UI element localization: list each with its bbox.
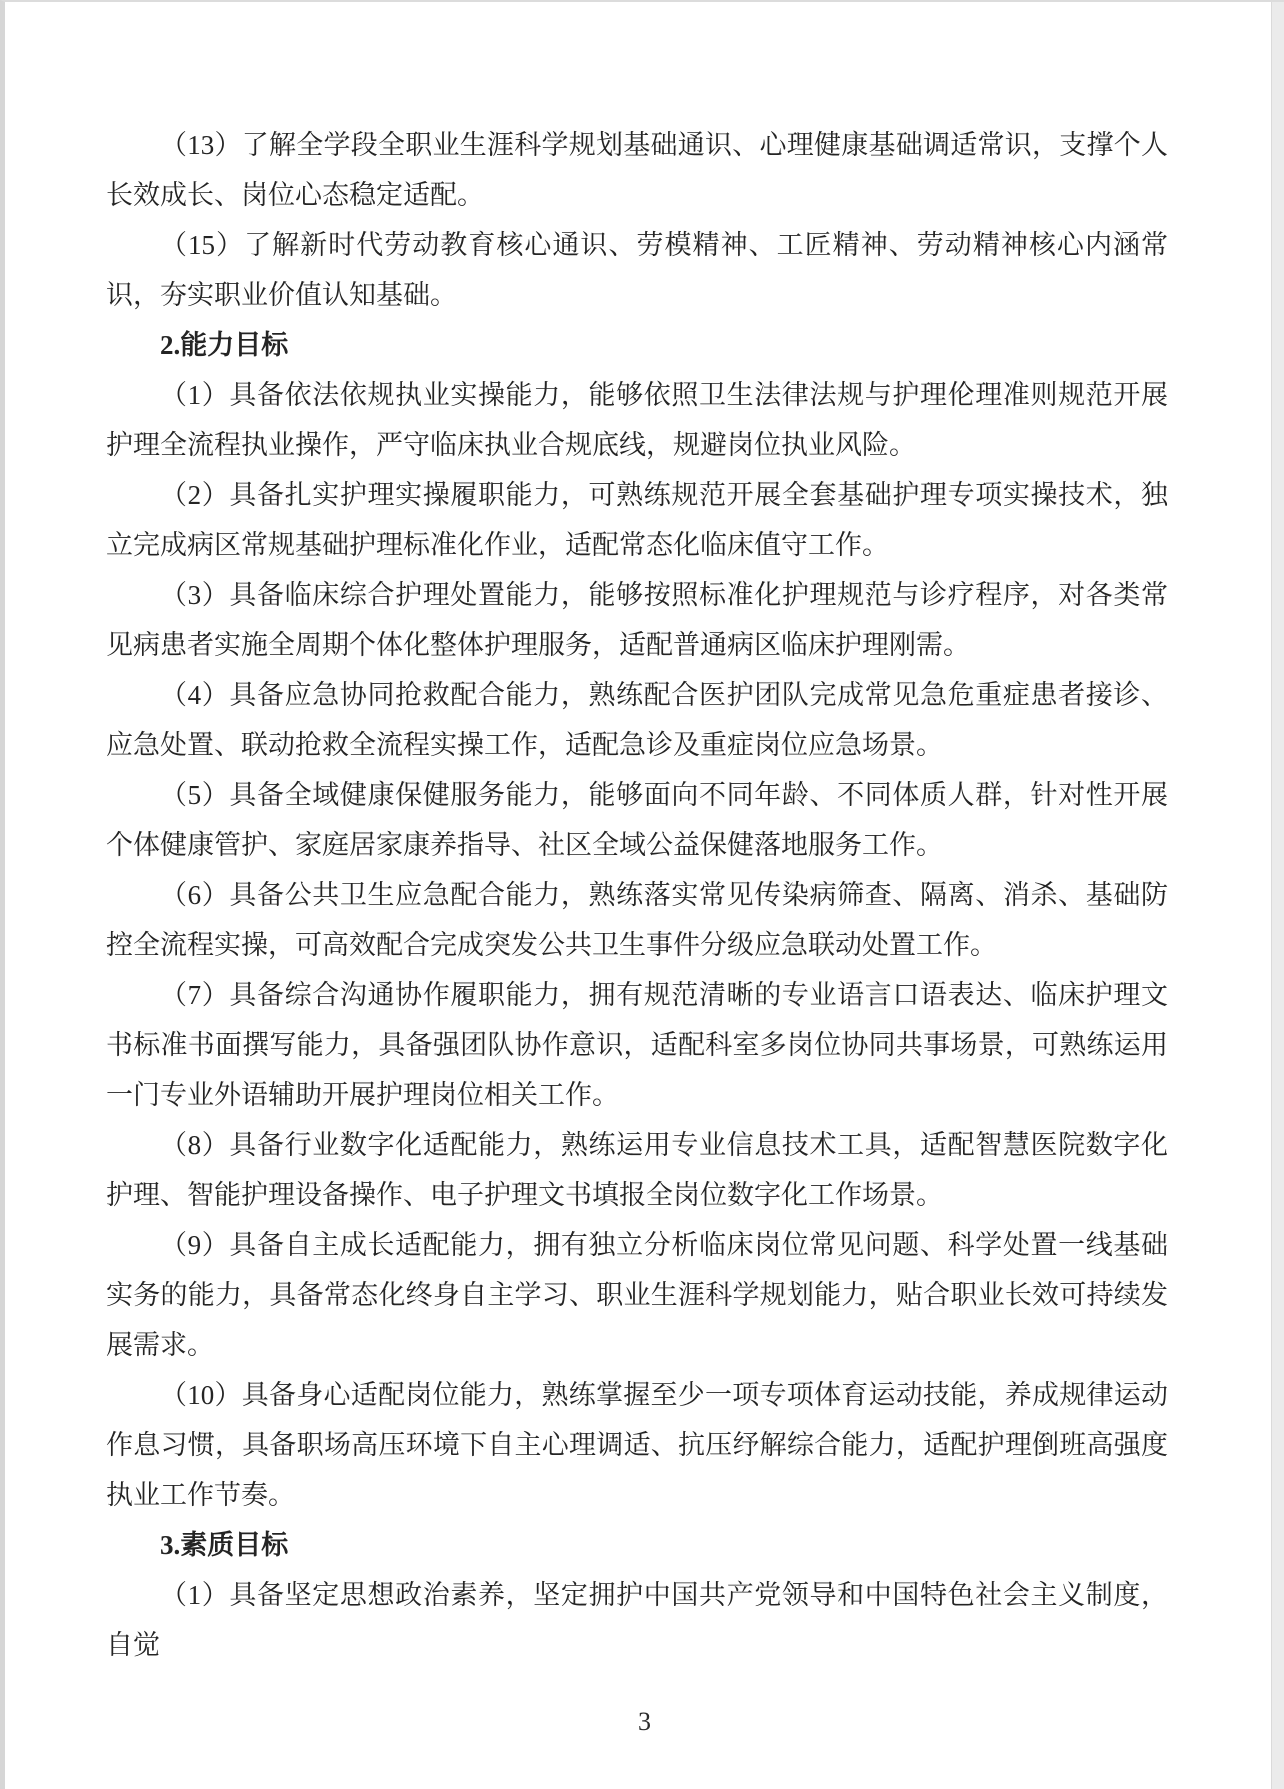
body-paragraph: （15）了解新时代劳动教育核心通识、劳模精神、工匠精神、劳动精神核心内涵常识，夯… — [106, 220, 1168, 320]
body-paragraph: （4）具备应急协同抢救配合能力，熟练配合医护团队完成常见急危重症患者接诊、应急处… — [106, 670, 1168, 770]
document-text-area: （13）了解全学段全职业生涯科学规划基础通识、心理健康基础调适常识，支撑个人长效… — [106, 120, 1168, 1670]
body-paragraph: （1）具备坚定思想政治素养，坚定拥护中国共产党领导和中国特色社会主义制度，自觉 — [106, 1570, 1168, 1670]
body-paragraph: （5）具备全域健康保健服务能力，能够面向不同年龄、不同体质人群，针对性开展个体健… — [106, 770, 1168, 870]
document-page: （13）了解全学段全职业生涯科学规划基础通识、心理健康基础调适常识，支撑个人长效… — [0, 0, 1284, 1789]
body-paragraph: （10）具备身心适配岗位能力，熟练掌握至少一项专项体育运动技能，养成规律运动作息… — [106, 1370, 1168, 1520]
page-right-edge — [1271, 2, 1284, 1789]
page-number: 3 — [5, 1702, 1284, 1742]
body-paragraph: （9）具备自主成长适配能力，拥有独立分析临床岗位常见问题、科学处置一线基础实务的… — [106, 1220, 1168, 1370]
section-heading: 3.素质目标 — [106, 1520, 1168, 1570]
body-paragraph: （8）具备行业数字化适配能力，熟练运用专业信息技术工具，适配智慧医院数字化护理、… — [106, 1120, 1168, 1220]
body-paragraph: （2）具备扎实护理实操履职能力，可熟练规范开展全套基础护理专项实操技术，独立完成… — [106, 470, 1168, 570]
section-heading: 2.能力目标 — [106, 320, 1168, 370]
body-paragraph: （1）具备依法依规执业实操能力，能够依照卫生法律法规与护理伦理准则规范开展护理全… — [106, 370, 1168, 470]
body-paragraph: （6）具备公共卫生应急配合能力，熟练落实常见传染病筛查、隔离、消杀、基础防控全流… — [106, 870, 1168, 970]
body-paragraph: （3）具备临床综合护理处置能力，能够按照标准化护理规范与诊疗程序，对各类常见病患… — [106, 570, 1168, 670]
body-paragraph: （13）了解全学段全职业生涯科学规划基础通识、心理健康基础调适常识，支撑个人长效… — [106, 120, 1168, 220]
body-paragraph: （7）具备综合沟通协作履职能力，拥有规范清晰的专业语言口语表达、临床护理文书标准… — [106, 970, 1168, 1120]
